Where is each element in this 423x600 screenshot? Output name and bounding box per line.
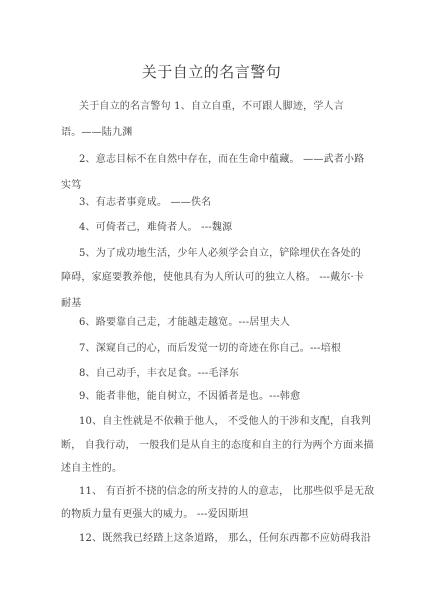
quote-line: 12、既然我已经踏上这条道路， 那么，任何东西都不应妨碍我沿: [79, 533, 371, 545]
quote-line: 3、有志者事竟成。 ——佚名: [79, 197, 211, 209]
quote-line: 关于自立的名言警句 1、自立自重，不可跟人脚迹，学人言: [79, 101, 344, 113]
quote-line: 语。——陆九渊: [61, 127, 132, 139]
quote-line: 耐基: [61, 298, 81, 310]
quote-line: 8、自己动手，丰衣足食。---毛泽东: [79, 368, 239, 380]
document-title: 关于自立的名言警句: [0, 61, 423, 82]
quote-line: 9、能者非他，能自树立，不因循者是也。---韩愈: [79, 391, 300, 403]
quote-line: 述自主性的。: [61, 463, 122, 475]
quote-line: 4、可倚者己，难倚者人。 ---魏源: [79, 222, 232, 234]
quote-line: 10、自主性就是不依赖于他人， 不受他人的干涉和支配，自我判: [79, 416, 371, 428]
quote-line: 实笃: [61, 180, 81, 192]
quote-line: 5、为了成功地生活，少年人必须学会自立，铲除埋伏在各处的: [79, 248, 361, 260]
quote-line: 6、路要靠自己走，才能越走越宽。---居里夫人: [79, 317, 290, 329]
quote-line: 的物质力量有更强大的威力。 ---爱因斯坦: [61, 509, 249, 521]
document-page: 关于自立的名言警句 关于自立的名言警句 1、自立自重，不可跟人脚迹，学人言 语。…: [0, 0, 423, 600]
quote-line: 2、意志目标不在自然中存在，而在生命中蕴藏。 ——武者小路: [79, 154, 364, 166]
quote-line: 障碍，家庭要教养他，使他具有为人所认可的独立人格。 ---戴尔·卡: [61, 272, 364, 284]
quote-line: 7、深窥自己的心，而后发觉一切的奇迹在你自己。---培根: [79, 343, 341, 355]
quote-line: 断， 自我行动， 一般我们是从自主的态度和自主的行为两个方面来描: [61, 440, 374, 452]
quote-line: 11、 有百折不挠的信念的所支持的人的意志， 比那些似乎是无敌: [79, 486, 374, 498]
